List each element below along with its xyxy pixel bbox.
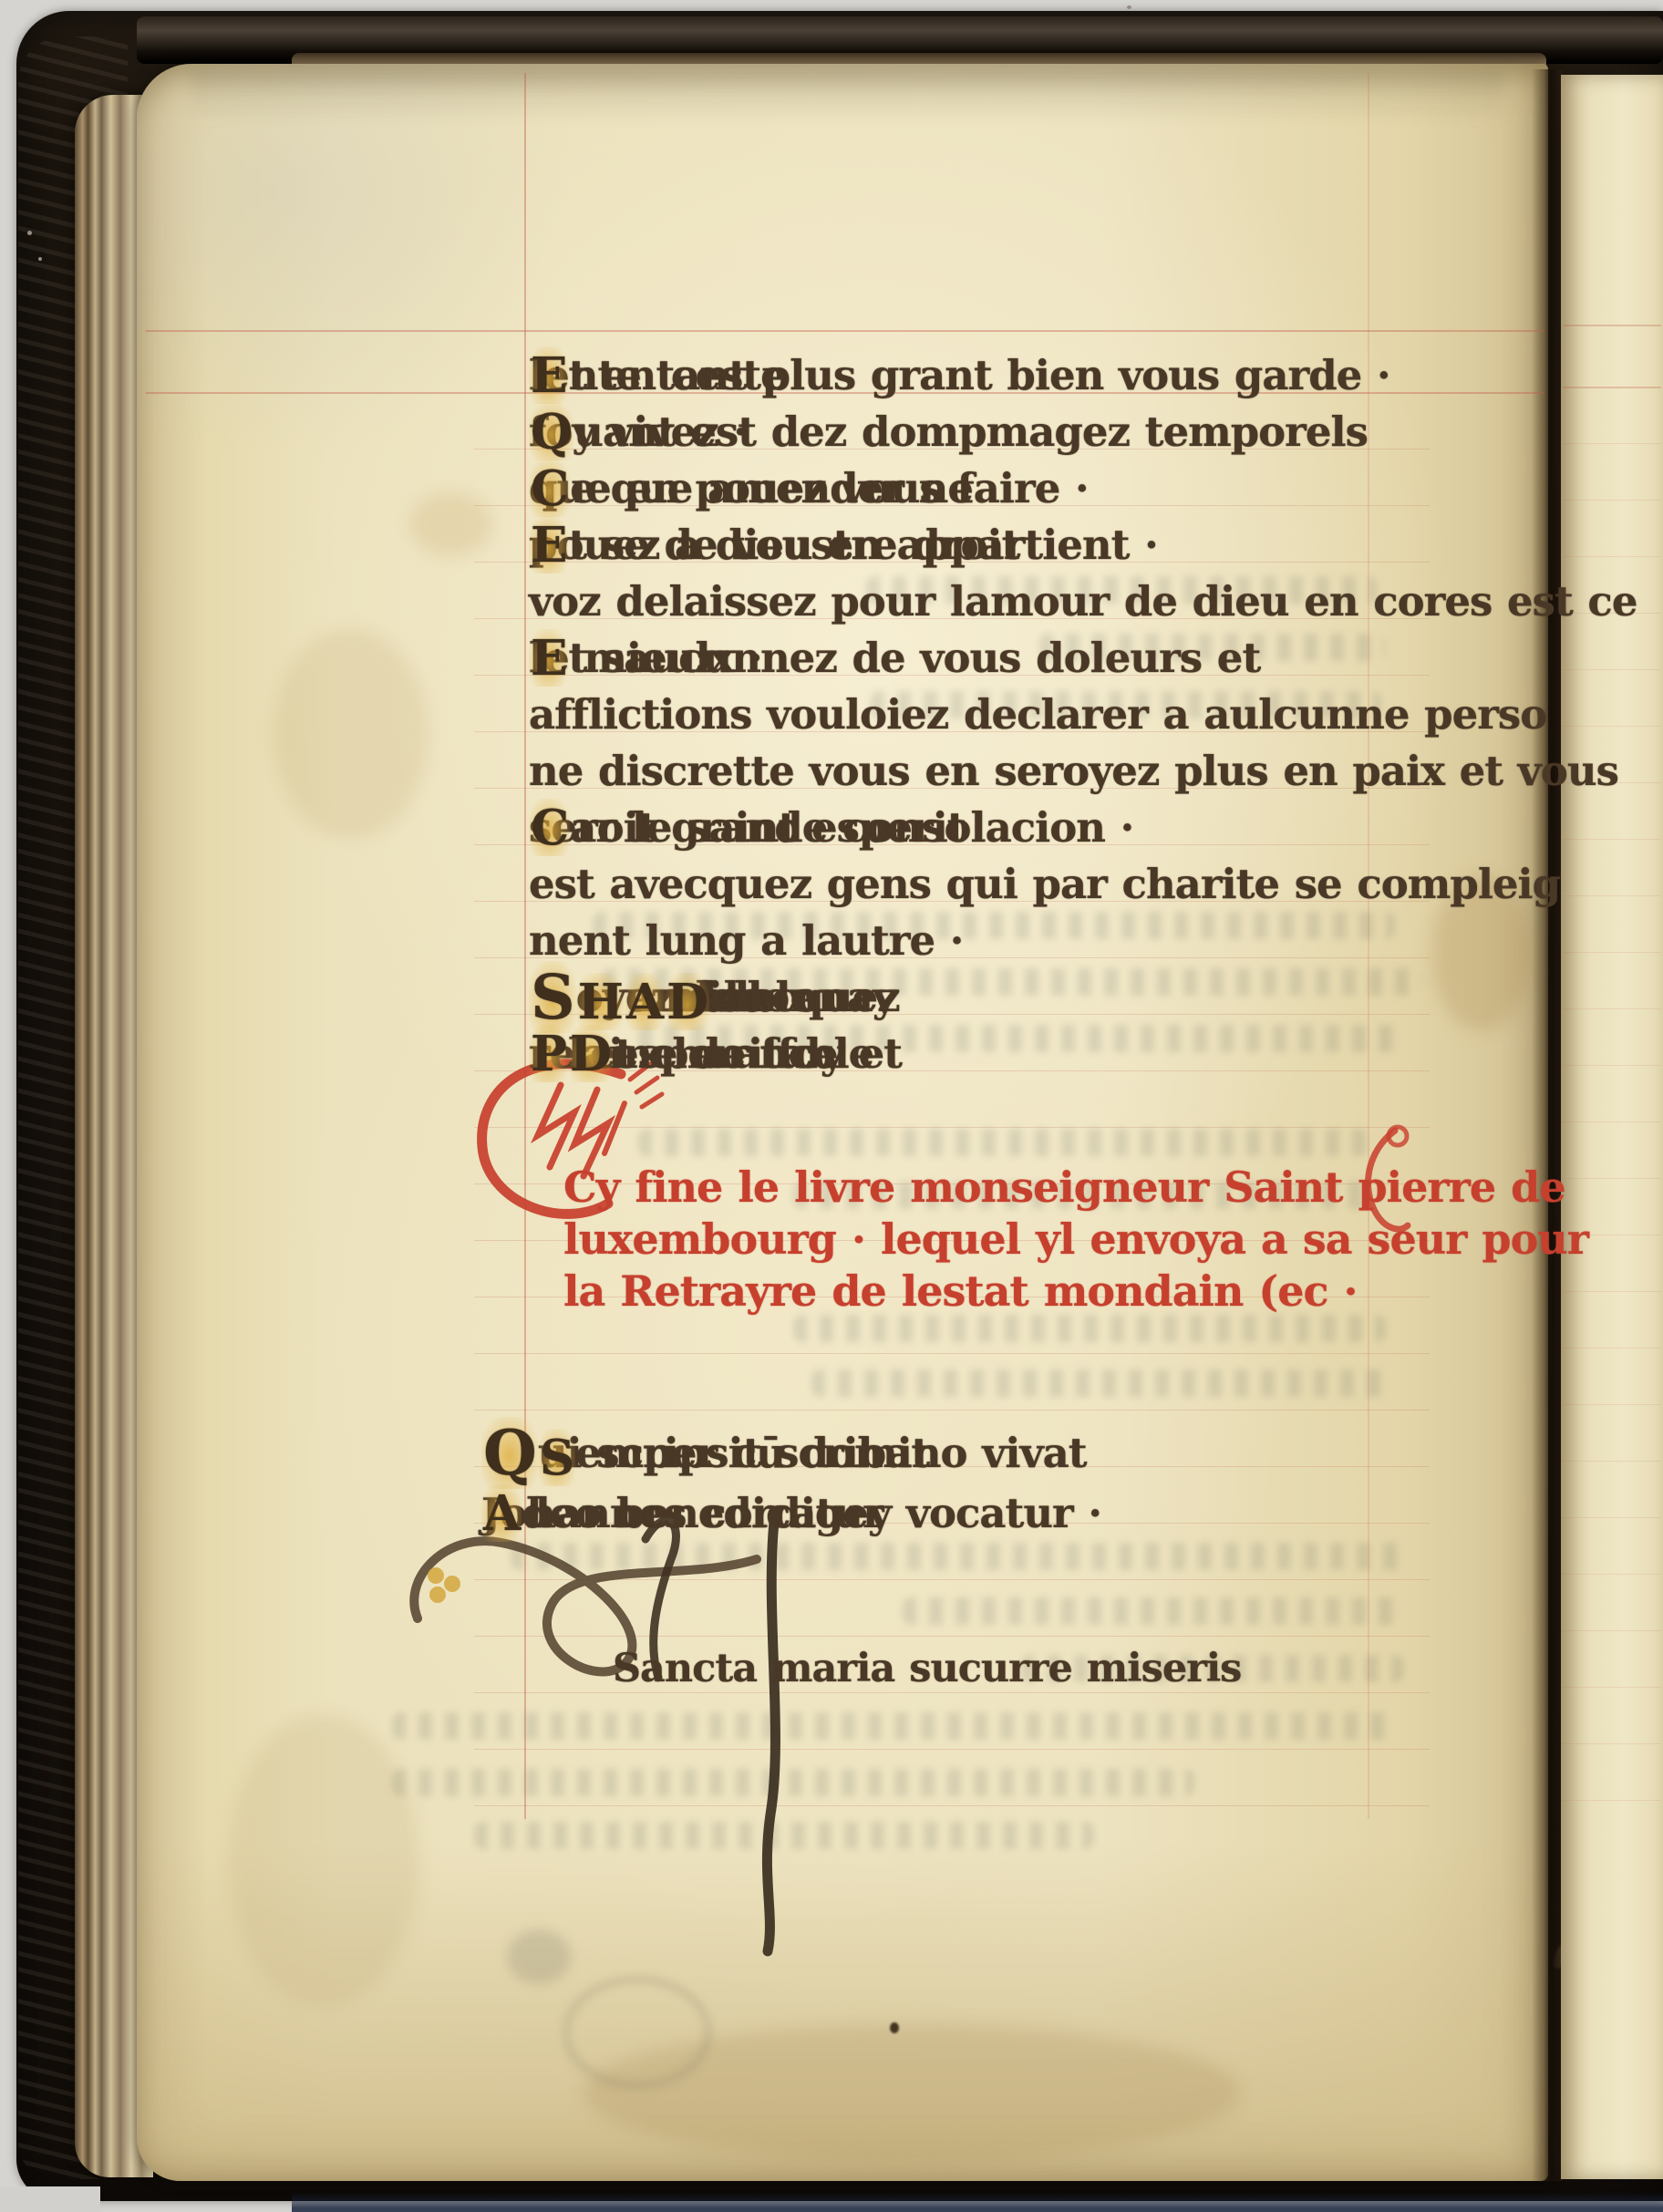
scanner-bottom-edge bbox=[292, 2192, 1663, 2212]
scanned-manuscript-page: lente tant plus grant bien vous garde · … bbox=[0, 0, 1663, 2212]
parchment-stain bbox=[228, 1714, 419, 2006]
text-segment: la Retrayre de lestat mondain (ec · bbox=[563, 1266, 1358, 1318]
illuminated-capital: A bbox=[625, 973, 665, 1030]
closing-line: Sancta maria sucurre miseris bbox=[613, 1641, 1241, 1696]
text-segment: afflictions vouloiez declarer a aulcunne… bbox=[529, 687, 1546, 743]
text-segment: t se de voustre droit bbox=[568, 517, 1019, 574]
text-segment: voz delaissez pour lamour de dieu en cor… bbox=[529, 574, 1637, 630]
illuminated-capital: E bbox=[529, 346, 568, 404]
illuminated-capital: E bbox=[529, 516, 568, 574]
text-segment: ebonnay bbox=[709, 969, 895, 1026]
manuscript-line: Qui scripsit scribat Semper cū domino vi… bbox=[481, 1423, 575, 1483]
illuminated-capital: H bbox=[576, 973, 625, 1030]
bleedthrough-line bbox=[793, 1315, 1386, 1342]
illuminated-capital: S bbox=[538, 1429, 575, 1486]
manuscript-line: ne discrette vous en seroyez plus en pai… bbox=[529, 743, 709, 800]
colophon-block: Qui scripsit scribat Semper cū domino vi… bbox=[481, 1423, 575, 1544]
manuscript-line: pouez a dieu en appartient · Et se de vo… bbox=[529, 517, 709, 574]
illuminated-capital: C bbox=[529, 799, 570, 856]
text-segment: nent lung a lautre · bbox=[529, 913, 963, 969]
bleedthrough-mark bbox=[563, 1977, 711, 2088]
bleedthrough-line bbox=[638, 1129, 1368, 1156]
text-segment: est avecquez gens qui par charite se com… bbox=[529, 856, 1560, 913]
manuscript-line: seroit grande consolacion · Car le saint… bbox=[529, 800, 709, 856]
manuscript-line: Soyez doncquez Humble Amiable Debonnay bbox=[529, 969, 709, 1026]
text-segment: ar le saint esperit bbox=[570, 800, 965, 856]
manuscript-line: Johannes cordigey vocatur · A deo benedi… bbox=[481, 1483, 575, 1544]
text-segment: deo benedicatur bbox=[522, 1483, 883, 1544]
illuminated-capital: C bbox=[529, 460, 570, 517]
top-margin-smudge bbox=[191, 69, 1504, 122]
ink-speck bbox=[890, 2022, 899, 2033]
dust-speck bbox=[1127, 5, 1131, 9]
dust-speck bbox=[27, 231, 32, 235]
illuminated-capital: D bbox=[665, 973, 709, 1030]
parchment-stain bbox=[274, 629, 429, 839]
text-segment: Cy fine le livre monseigneur Saint pierr… bbox=[563, 1162, 1565, 1214]
manuscript-line: le mieulx · Et saucunnez de vous doleurs… bbox=[529, 630, 709, 687]
text-segment: t saucunnez de vous doleurs et bbox=[568, 630, 1260, 687]
text-segment: uant est dez dompmagez temporels bbox=[573, 404, 1368, 460]
manuscript-line: foy vivez · Quant est dez dompmagez temp… bbox=[529, 404, 709, 460]
illuminated-capital: Q bbox=[529, 403, 573, 460]
manuscript-line: re et charitable Plaine de ffoy et Despe… bbox=[529, 1026, 709, 1082]
illuminated-capital: P bbox=[529, 1025, 568, 1082]
facing-page-edge bbox=[1561, 75, 1663, 2179]
parchment-stain bbox=[410, 492, 492, 556]
manuscript-line: voz delaissez pour lamour de dieu en cor… bbox=[529, 574, 709, 630]
text-segment: ne discrette vous en seroyez plus en pai… bbox=[529, 743, 1618, 800]
illuminated-capital: D bbox=[568, 1025, 613, 1082]
illuminated-capital: Q bbox=[481, 1417, 538, 1489]
manuscript-line: lente tant plus grant bien vous garde · … bbox=[529, 347, 709, 404]
scanner-corner bbox=[0, 2186, 100, 2212]
manuscript-line: afflictions vouloiez declarer a aulcunne… bbox=[529, 687, 709, 743]
gutter-shadow bbox=[1532, 69, 1563, 2181]
illuminated-capital: A bbox=[481, 1484, 522, 1542]
illuminated-capital: S bbox=[529, 961, 576, 1033]
text-segment: luxembourg · lequel yl envoya a sa seur … bbox=[563, 1214, 1588, 1266]
dust-speck bbox=[38, 257, 42, 261]
bleedthrough-line bbox=[811, 1370, 1386, 1397]
text-segment: esperance bbox=[613, 1026, 838, 1082]
text-segment: t en ceste bbox=[568, 347, 785, 404]
main-text-block: lente tant plus grant bien vous garde · … bbox=[529, 347, 709, 1082]
text-segment: e que amender ne bbox=[570, 460, 973, 517]
text-segment: emper cū domino vivat bbox=[575, 1423, 1086, 1483]
manuscript-line: que en pouez vous faire · Ce que amender… bbox=[529, 460, 709, 517]
illuminated-capital: E bbox=[529, 629, 568, 687]
colophon-pen-flourish bbox=[392, 1495, 994, 1969]
manuscript-line: est avecquez gens qui par charite se com… bbox=[529, 856, 709, 913]
